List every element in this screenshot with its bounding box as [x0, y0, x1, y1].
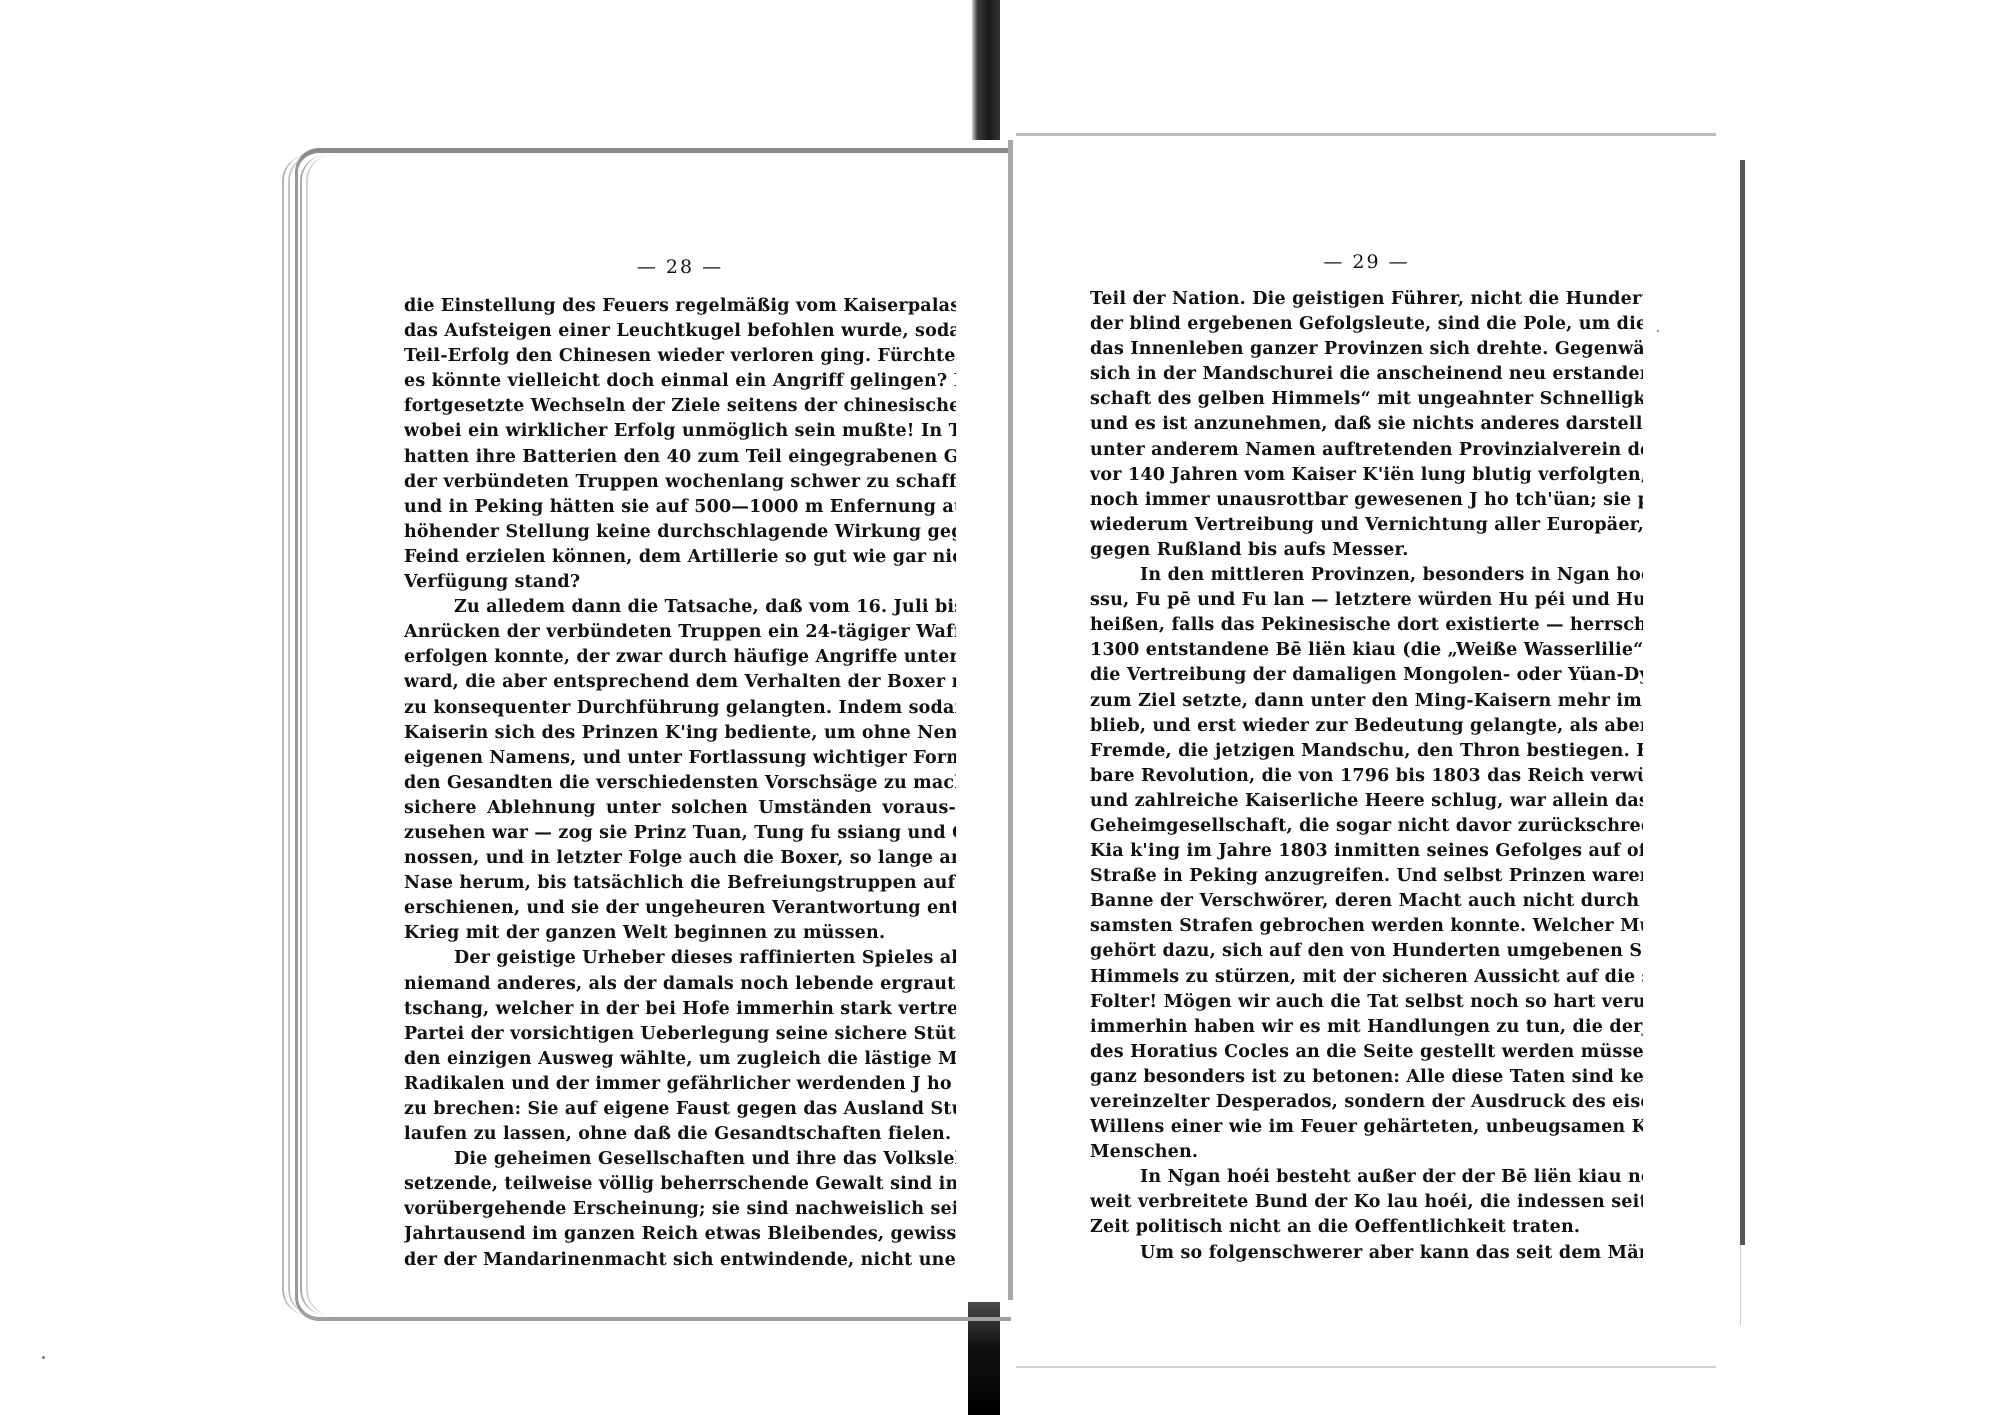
text-line: Kia k'ing im Jahre 1803 inmitten seines …	[1090, 839, 1643, 864]
text-line: In den mittleren Provinzen, besonders in…	[1090, 563, 1643, 588]
text-line: erschienen, und sie der ungeheuren Veran…	[404, 896, 956, 921]
text-line: immerhin haben wir es mit Handlungen zu …	[1090, 1015, 1643, 1040]
text-line: und es ist anzunehmen, daß sie nichts an…	[1090, 412, 1643, 437]
text-line: wobei ein wirklicher Erfolg unmöglich se…	[404, 419, 956, 444]
text-line: hatten ihre Batterien den 40 zum Teil ei…	[404, 445, 956, 470]
text-line: Teil-Erfolg den Chinesen wieder verloren…	[404, 344, 956, 369]
text-line: gegen Rußland bis aufs Messer.	[1090, 538, 1643, 563]
book-gutter	[1008, 140, 1013, 1300]
text-line: vor 140 Jahren vom Kaiser K'iën lung blu…	[1090, 463, 1643, 488]
text-line: unter anderem Namen auftretenden Provinz…	[1090, 438, 1643, 463]
right-page: — 29 — Teil der Nation. Die geistigen Fü…	[1090, 245, 1643, 1266]
text-line: Fremde, die jetzigen Mandschu, den Thron…	[1090, 739, 1643, 764]
text-line: das Innenleben ganzer Provinzen sich dre…	[1090, 337, 1643, 362]
text-line: die Einstellung des Feuers regelmäßig vo…	[404, 294, 956, 319]
text-line: Teil der Nation. Die geistigen Führer, n…	[1090, 287, 1643, 312]
text-line: gehört dazu, sich auf den von Hunderten …	[1090, 939, 1643, 964]
text-line: die Vertreibung der damaligen Mongolen- …	[1090, 663, 1643, 688]
text-line: Kaiserin sich des Prinzen K'ing bediente…	[404, 721, 956, 746]
text-line: vereinzelter Desperados, sondern der Aus…	[1090, 1090, 1643, 1115]
text-line: Straße in Peking anzugreifen. Und selbst…	[1090, 864, 1643, 889]
page-number: — 28 —	[404, 250, 956, 284]
text-line: Zu alledem dann die Tatsache, daß vom 16…	[404, 595, 956, 620]
text-line: und zahlreiche Kaiserliche Heere schlug,…	[1090, 789, 1643, 814]
text-line: des Horatius Cocles an die Seite gestell…	[1090, 1040, 1643, 1065]
page-body: die Einstellung des Feuers regelmäßig vo…	[404, 294, 956, 1273]
scan-speck	[1657, 330, 1659, 332]
text-line: Anrücken der verbündeten Truppen ein 24-…	[404, 620, 956, 645]
text-line: sichere Ablehnung unter solchen Umstände…	[404, 796, 956, 821]
text-line: Radikalen und der immer gefährlicher wer…	[404, 1072, 956, 1097]
text-line: der der Mandarinenmacht sich entwindende…	[404, 1248, 956, 1273]
text-line: Krieg mit der ganzen Welt beginnen zu mü…	[404, 921, 956, 946]
text-line: der blind ergebenen Gefolgsleute, sind d…	[1090, 312, 1643, 337]
text-line: Willens einer wie im Feuer gehärteten, u…	[1090, 1115, 1643, 1140]
text-line: niemand anderes, als der damals noch leb…	[404, 972, 956, 997]
text-line: zum Ziel setzte, dann unter den Ming-Kai…	[1090, 689, 1643, 714]
bookmark-ribbon-top	[972, 0, 1000, 140]
text-line: weit verbreitete Bund der Ko lau hoéi, d…	[1090, 1190, 1643, 1215]
text-line: ganz besonders ist zu betonen: Alle dies…	[1090, 1065, 1643, 1090]
text-line: Partei der vorsichtigen Ueberlegung sein…	[404, 1022, 956, 1047]
text-line: laufen zu lassen, ohne daß die Gesandtsc…	[404, 1122, 956, 1147]
text-line: und in Peking hätten sie auf 500—1000 m …	[404, 495, 956, 520]
text-line: tschang, welcher in der bei Hofe immerhi…	[404, 997, 956, 1022]
text-line: erfolgen konnte, der zwar durch häufige …	[404, 645, 956, 670]
text-line: der verbündeten Truppen wochenlang schwe…	[404, 470, 956, 495]
text-line: heißen, falls das Pekinesische dort exis…	[1090, 613, 1643, 638]
text-line: fortgesetzte Wechseln der Ziele seitens …	[404, 394, 956, 419]
text-line: Der geistige Urheber dieses raffinierten…	[404, 946, 956, 971]
text-line: In Ngan hoéi besteht außer der der Bē li…	[1090, 1165, 1643, 1190]
text-line: Menschen.	[1090, 1140, 1643, 1165]
text-line: Jahrtausend im ganzen Reich etwas Bleibe…	[404, 1222, 956, 1247]
text-line: ward, die aber entsprechend dem Verhalte…	[404, 670, 956, 695]
left-page: — 28 — die Einstellung des Feuers regelm…	[404, 250, 956, 1273]
text-line: ssu, Fu pē und Fu lan — letztere würden …	[1090, 588, 1643, 613]
text-line: setzende, teilweise völlig beherrschende…	[404, 1172, 956, 1197]
text-line: noch immer unausrottbar gewesenen J ho t…	[1090, 488, 1643, 513]
text-line: sich in der Mandschurei die anscheinend …	[1090, 362, 1643, 387]
text-line: Feind erzielen können, dem Artillerie so…	[404, 545, 956, 570]
text-line: zu konsequenter Durchführung gelangten. …	[404, 696, 956, 721]
text-line: vorübergehende Erscheinung; sie sind nac…	[404, 1197, 956, 1222]
book-scan: — 28 — die Einstellung des Feuers regelm…	[0, 0, 2000, 1415]
text-line: den einzigen Ausweg wählte, um zugleich …	[404, 1047, 956, 1072]
text-line: eigenen Namens, und unter Fortlassung wi…	[404, 746, 956, 771]
text-line: blieb, und erst wieder zur Bedeutung gel…	[1090, 714, 1643, 739]
text-line: zu brechen: Sie auf eigene Faust gegen d…	[404, 1097, 956, 1122]
right-page-edge	[1740, 160, 1745, 1245]
page-number: — 29 —	[1090, 245, 1643, 279]
right-page-edge-faint	[1740, 1245, 1741, 1325]
text-line: Zeit politisch nicht an die Oeffentlichk…	[1090, 1215, 1643, 1240]
text-line: nossen, und in letzter Folge auch die Bo…	[404, 846, 956, 871]
scan-speck	[42, 1356, 45, 1359]
text-line: bare Revolution, die von 1796 bis 1803 d…	[1090, 764, 1643, 789]
text-line: es könnte vielleicht doch einmal ein Ang…	[404, 369, 956, 394]
text-line: Geheimgesellschaft, die sogar nicht davo…	[1090, 814, 1643, 839]
text-line: Die geheimen Gesellschaften und ihre das…	[404, 1147, 956, 1172]
text-line: wiederum Vertreibung und Vernichtung all…	[1090, 513, 1643, 538]
text-line: Um so folgenschwerer aber kann das seit …	[1090, 1241, 1643, 1266]
text-line: Verfügung stand?	[404, 570, 956, 595]
text-line: Banne der Verschwörer, deren Macht auch …	[1090, 889, 1643, 914]
text-line: samsten Strafen gebrochen werden konnte.…	[1090, 914, 1643, 939]
text-line: das Aufsteigen einer Leuchtkugel befohle…	[404, 319, 956, 344]
page-body: Teil der Nation. Die geistigen Führer, n…	[1090, 287, 1643, 1266]
text-line: schaft des gelben Himmels“ mit ungeahnte…	[1090, 387, 1643, 412]
text-line: Himmels zu stürzen, mit der sicheren Aus…	[1090, 965, 1643, 990]
text-line: den Gesandten die verschiedensten Vorsch…	[404, 771, 956, 796]
text-line: höhender Stellung keine durchschlagende …	[404, 520, 956, 545]
text-line: zusehen war — zog sie Prinz Tuan, Tung f…	[404, 821, 956, 846]
text-line: Folter! Mögen wir auch die Tat selbst no…	[1090, 990, 1643, 1015]
text-line: 1300 entstandene Bē liën kiau (die „Weiß…	[1090, 638, 1643, 663]
text-line: Nase herum, bis tatsächlich die Befreiun…	[404, 871, 956, 896]
